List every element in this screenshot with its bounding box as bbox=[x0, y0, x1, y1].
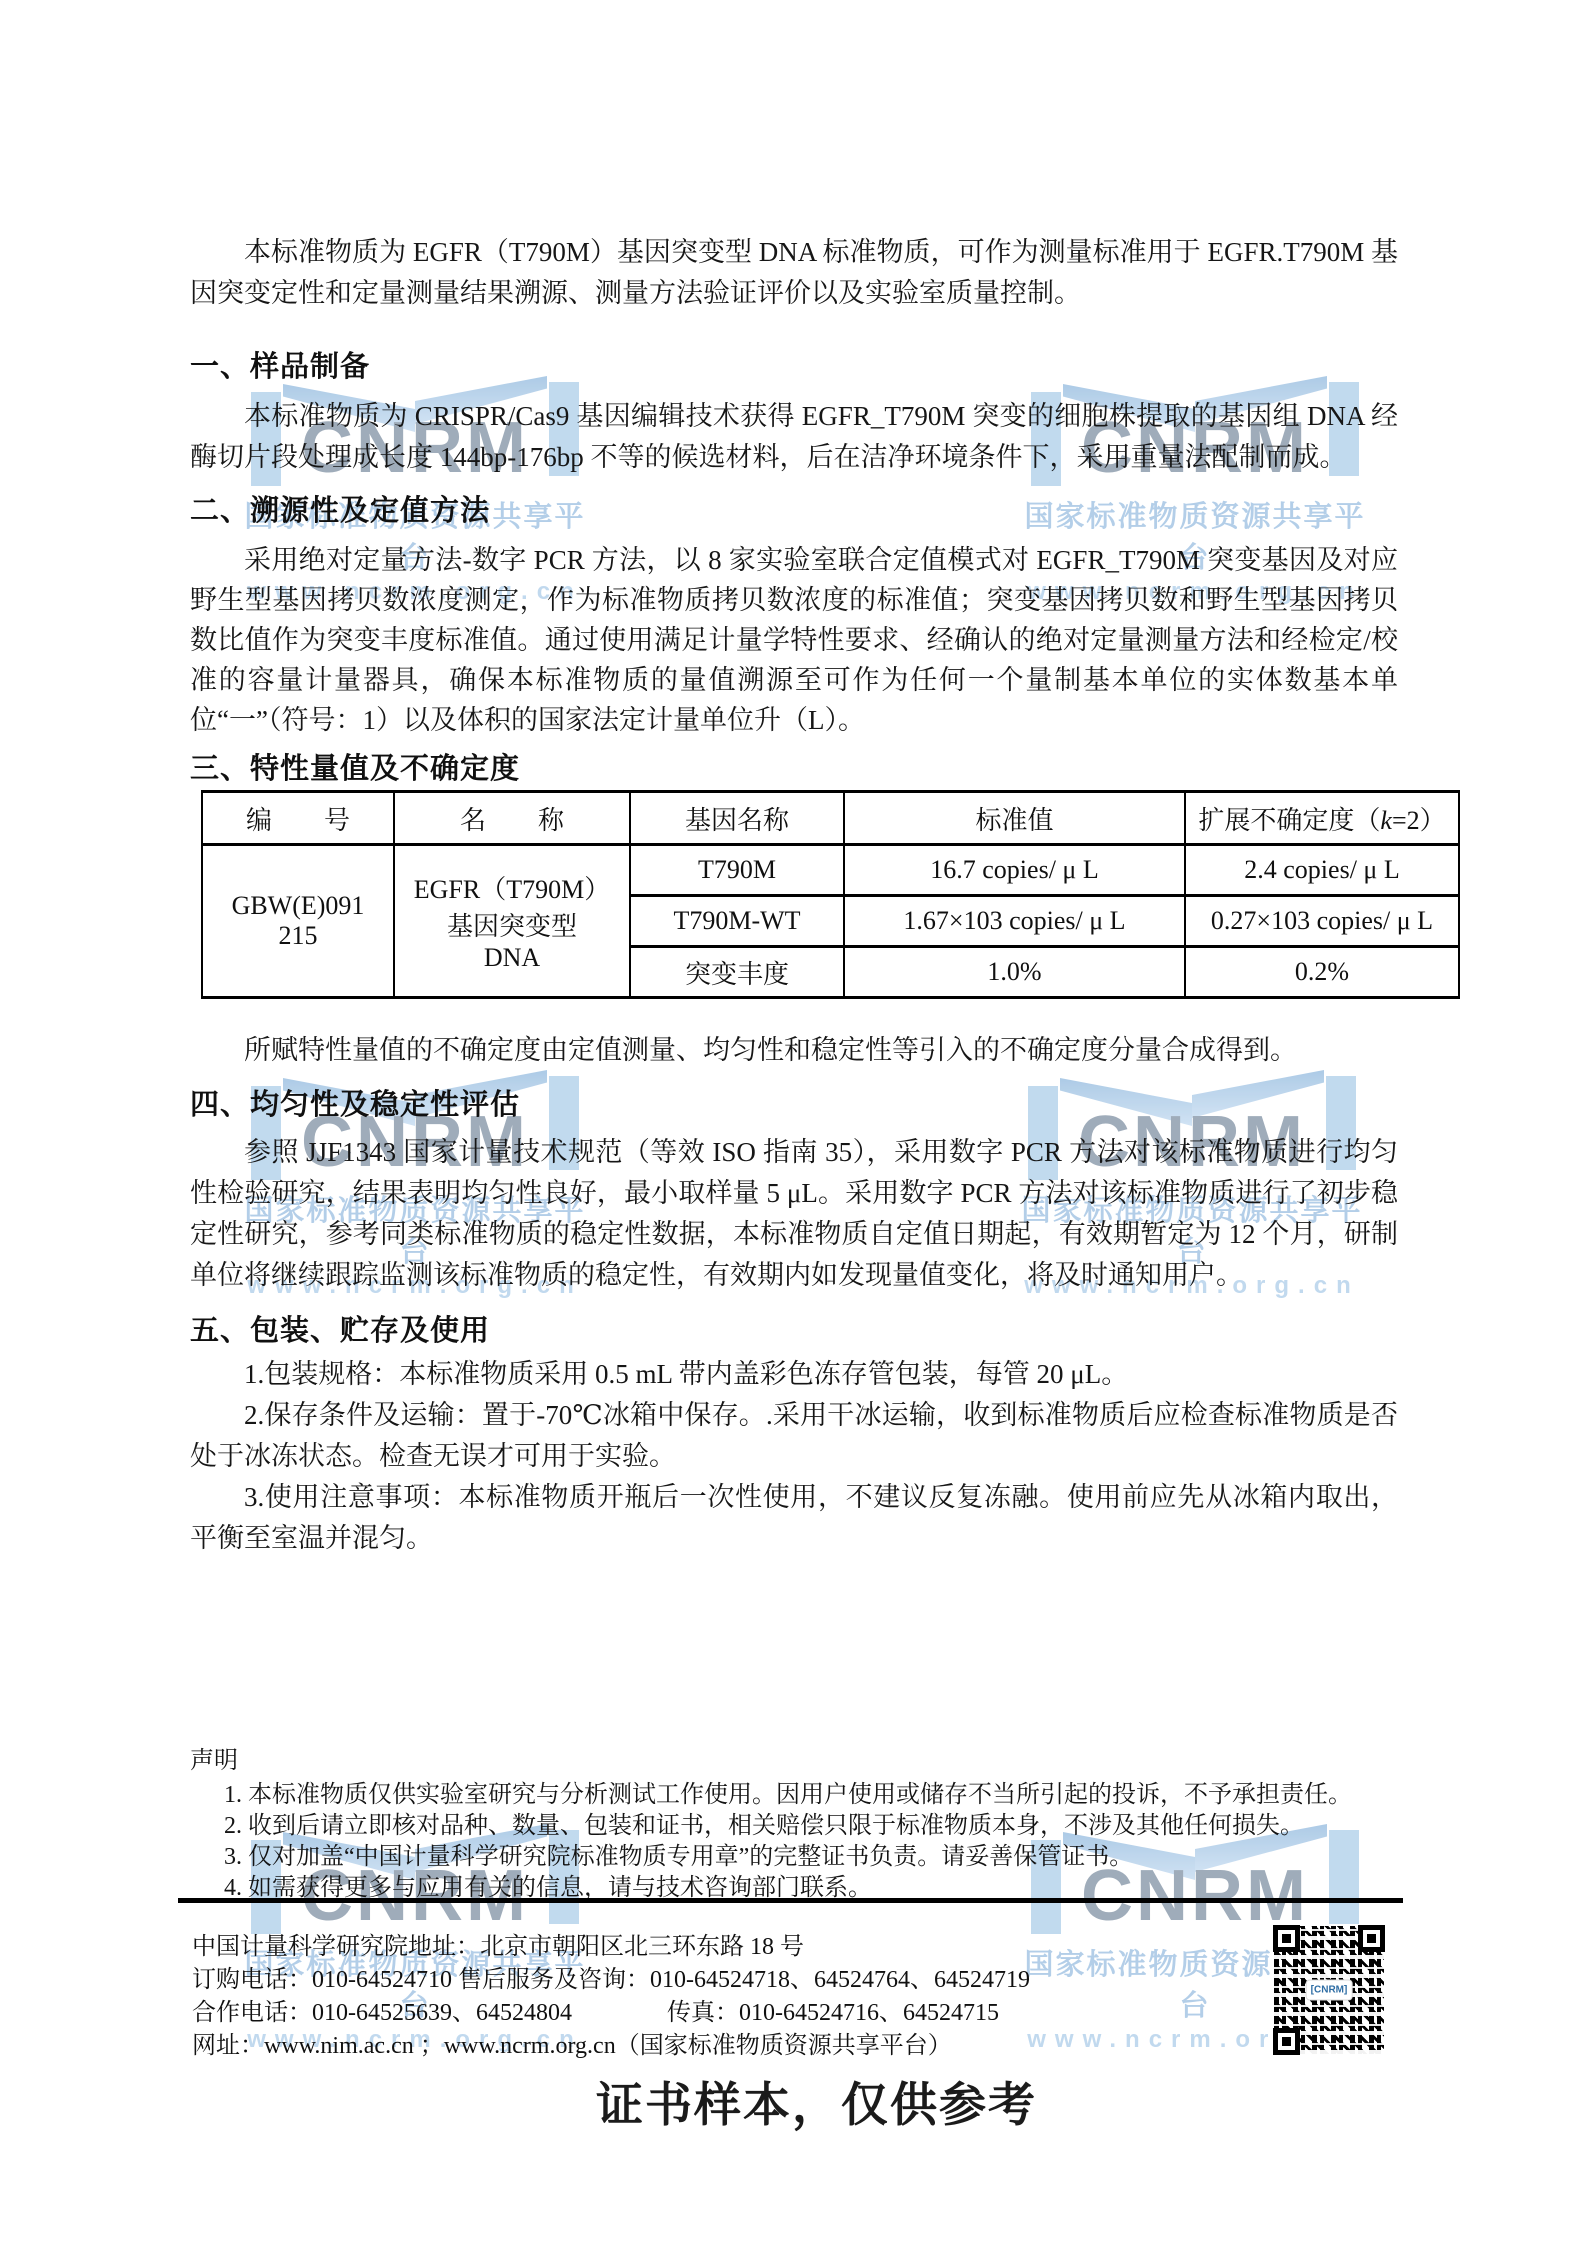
section-5-items: 1.包装规格：本标准物质采用 0.5 mL 带内盖彩色冻存管包装，每管 20 μ… bbox=[190, 1354, 1398, 1559]
section-1-paragraph: 本标准物质为 CRISPR/Cas9 基因编辑技术获得 EGFR_T790M 突… bbox=[190, 396, 1398, 478]
intro-paragraph: 本标准物质为 EGFR（T790M）基因突变型 DNA 标准物质，可作为测量标准… bbox=[190, 232, 1398, 314]
storage-item: 2.保存条件及运输：置于-70℃冰箱中保存。.采用干冰运输，收到标准物质后应检查… bbox=[190, 1395, 1398, 1477]
sample-stamp-text: 证书样本，仅供参考 bbox=[45, 2078, 1588, 2134]
website-line: 网址：www.nim.ac.cn ；www.ncrm.org.cn（国家标准物质… bbox=[192, 2030, 1312, 2063]
standard-value-cell: 1.0% bbox=[844, 947, 1185, 998]
section-heading-1: 一、样品制备 bbox=[190, 350, 370, 384]
col-header-name: 名 称 bbox=[394, 792, 630, 845]
section-heading-2: 二、溯源性及定值方法 bbox=[190, 494, 490, 528]
fax-line: 传真：010-64524716、64524715 bbox=[667, 2000, 999, 2026]
qr-center-label: [CNRM] bbox=[1306, 1980, 1353, 2001]
declaration-item: 1. 本标准物质仅供实验室研究与分析测试工作使用。因用户使用或储存不当所引起的投… bbox=[190, 1780, 1405, 1811]
characteristic-values-table: 编 号 名 称 基因名称 标准值 扩展不确定度（k=2） GBW(E)09121… bbox=[201, 790, 1460, 999]
qr-finder-icon bbox=[1273, 2028, 1300, 2055]
declaration: 声明 1. 本标准物质仅供实验室研究与分析测试工作使用。因用户使用或储存不当所引… bbox=[190, 1746, 1405, 1904]
gene-name-cell: 突变丰度 bbox=[630, 947, 844, 998]
qr-finder-icon bbox=[1358, 1925, 1385, 1952]
gene-name-cell: T790M-WT bbox=[630, 896, 844, 947]
uncertainty-cell: 0.27×103 copies/ μ L bbox=[1185, 896, 1459, 947]
order-phone-line: 订购电话：010-64524710 售后服务及咨询：010-64524718、6… bbox=[192, 1964, 1312, 1997]
col-header-uncertainty: 扩展不确定度（k=2） bbox=[1185, 792, 1459, 845]
section-heading-5: 五、包装、贮存及使用 bbox=[190, 1314, 490, 1348]
qr-finder-icon bbox=[1273, 1925, 1300, 1952]
section-4-paragraph: 参照 JJF1343 国家计量技术规范（等效 ISO 指南 35），采用数字 P… bbox=[190, 1132, 1398, 1296]
sample-name-cell: EGFR（T790M）基因突变型DNA bbox=[394, 845, 630, 998]
certificate-page: CNRM 国家标准物质资源共享平台 www.ncrm.org.cn CNRM 国… bbox=[0, 0, 1588, 2246]
sample-id-cell: GBW(E)091215 bbox=[202, 845, 394, 998]
declaration-item: 2. 收到后请立即核对品种、数量、包装和证书，相关赔偿只限于标准物质本身，不涉及… bbox=[190, 1811, 1405, 1842]
footer-contact-info: 中国计量科学研究院地址：北京市朝阳区北三环东路 18 号 订购电话：010-64… bbox=[192, 1931, 1312, 2063]
uncertainty-note: 所赋特性量值的不确定度由定值测量、均匀性和稳定性等引入的不确定度分量合成得到。 bbox=[190, 1030, 1398, 1071]
standard-value-cell: 16.7 copies/ μ L bbox=[844, 845, 1185, 896]
uncertainty-cell: 2.4 copies/ μ L bbox=[1185, 845, 1459, 896]
declaration-title: 声明 bbox=[190, 1746, 1405, 1776]
col-header-gene: 基因名称 bbox=[630, 792, 844, 845]
address-line: 中国计量科学研究院地址：北京市朝阳区北三环东路 18 号 bbox=[192, 1931, 1312, 1964]
section-heading-4: 四、均匀性及稳定性评估 bbox=[190, 1088, 520, 1122]
uncertainty-cell: 0.2% bbox=[1185, 947, 1459, 998]
qr-code: [CNRM] bbox=[1272, 1924, 1386, 2056]
gene-name-cell: T790M bbox=[630, 845, 844, 896]
section-heading-3: 三、特性量值及不确定度 bbox=[190, 752, 520, 786]
packaging-item: 1.包装规格：本标准物质采用 0.5 mL 带内盖彩色冻存管包装，每管 20 μ… bbox=[190, 1354, 1398, 1395]
table-header-row: 编 号 名 称 基因名称 标准值 扩展不确定度（k=2） bbox=[202, 792, 1459, 845]
table-row: GBW(E)091215 EGFR（T790M）基因突变型DNA T790M 1… bbox=[202, 845, 1459, 896]
usage-item: 3.使用注意事项：本标准物质开瓶后一次性使用，不建议反复冻融。使用前应先从冰箱内… bbox=[190, 1477, 1398, 1559]
col-header-value: 标准值 bbox=[844, 792, 1185, 845]
footer-divider bbox=[178, 1898, 1403, 1903]
coop-phone-line: 合作电话：010-64525639、64524804传真：010-6452471… bbox=[192, 1997, 1312, 2030]
section-2-paragraph: 采用绝对定量方法-数字 PCR 方法，以 8 家实验室联合定值模式对 EGFR_… bbox=[190, 540, 1398, 740]
standard-value-cell: 1.67×103 copies/ μ L bbox=[844, 896, 1185, 947]
declaration-item: 3. 仅对加盖“中国计量科学研究院标准物质专用章”的完整证书负责。请妥善保管证书… bbox=[190, 1842, 1405, 1873]
col-header-id: 编 号 bbox=[202, 792, 394, 845]
